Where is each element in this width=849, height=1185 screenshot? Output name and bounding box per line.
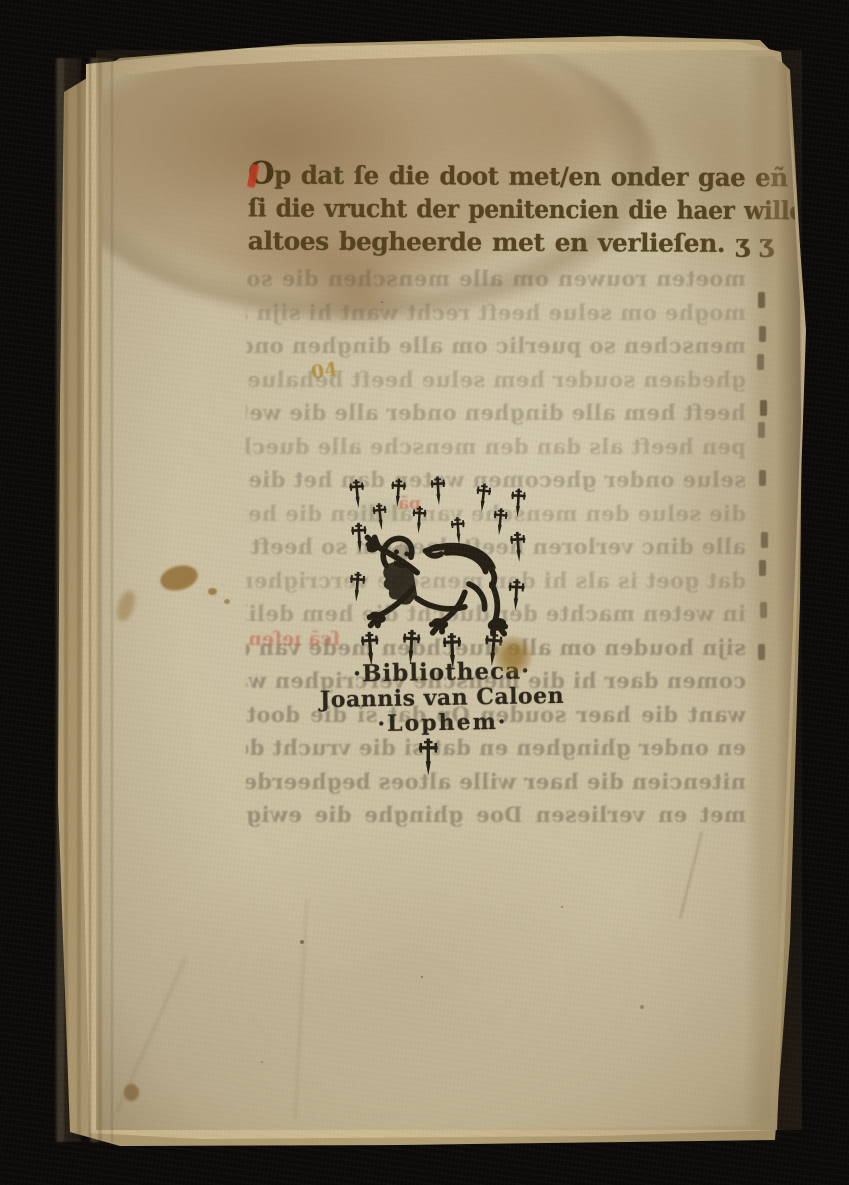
lion-passant-icon [352,526,530,640]
cross-crosslet-icon [346,476,369,510]
inscription-line: Op dat ſe die doot met/en onder gae eñ d… [248,160,840,196]
bleedthrough-rubric-fragment: ſcā ıeſen [248,628,340,650]
folio-mark: 04 [310,358,339,383]
bleedthrough-line: nitencien die haer wille altoes begheerd… [246,765,746,799]
manuscript-page: moeten rouwen om alle menschen die somog… [0,0,849,1185]
bleedthrough-line: menschen so puerlic om alle dinghen onde… [246,329,746,363]
bleedthrough-line: met en verliesen Doe ghinghe die ewig [246,798,746,832]
bleedthrough-line: moeten rouwen om alle menschen die so [246,262,746,296]
manuscript-inscription: Op dat ſe die doot met/en onder gae eñ d… [248,160,849,262]
faint-soiling [170,840,640,1120]
ink-stain [158,562,201,594]
cross-crosslet-icon [387,475,409,508]
crease [116,957,187,1113]
cross-crosslet-icon [427,473,449,506]
rubricated-initial: O [248,161,274,186]
cross-crosslet-icon [415,735,441,777]
photo-backdrop: moeten rouwen om alle menschen die somog… [0,0,849,1185]
bleedthrough-line: pen heeft als dan den mensche alle duech… [246,430,746,464]
library-stamp: ·Bibliotheca· Joannis van Caloen ·Lophem… [317,658,566,738]
fore-edge-marks [758,292,765,308]
brown-spot [124,1084,139,1101]
bleedthrough-line: moghe om selue heeft recht want hi sijn … [246,296,746,330]
inscription-line: ſi die vrucht der penitencien die haer w… [248,193,816,229]
stamp-place-name: ·Lophem· [318,709,566,738]
foxing-specks [300,940,304,944]
ink-spot [224,599,230,604]
crease [294,900,308,1120]
ink-spot [208,588,217,595]
stamp-owner-name: Joannis van Caloen [318,684,566,713]
inscription-line: altoes begheerde met en verlieſen. ʒ ʒ [248,226,849,262]
cross-crosslet-icon [507,485,529,518]
bleedthrough-line: selue onder ghecomen weten dan het die s… [246,463,746,497]
bleedthrough-line: heeft hem alle dinghen onder alle die we… [246,396,746,430]
ink-stain-drip [113,588,138,623]
